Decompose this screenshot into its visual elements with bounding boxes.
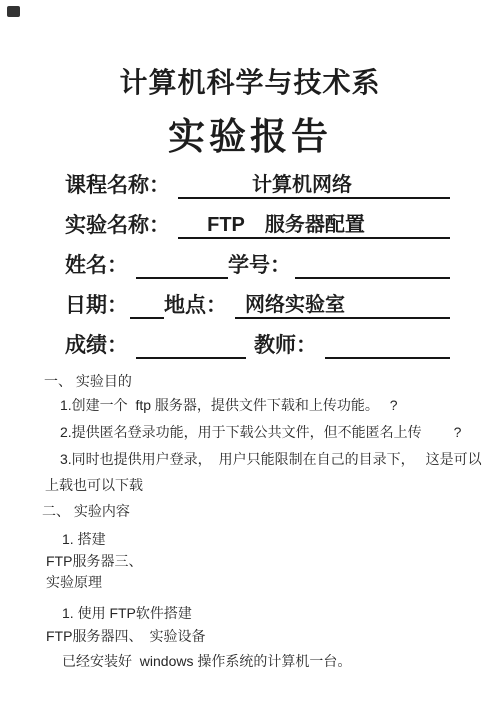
- body-line-purpose-3-cont: 上载也可以下载: [45, 477, 143, 494]
- section-heading-principle: 实验原理: [46, 574, 102, 591]
- section-heading-content: 二、 实验内容: [42, 503, 130, 520]
- teacher-label: 教师：: [254, 332, 317, 359]
- course-label: 课程名称：: [65, 172, 170, 199]
- experiment-value-cn: 服务器配置: [265, 214, 365, 236]
- course-field-line: 计算机网络: [178, 172, 450, 199]
- body-line-purpose-2: 2.提供匿名登录功能，用于下载公共文件，但不能匿名上传 ?: [60, 424, 461, 441]
- body-line-purpose-1: 1.创建一个 ftp 服务器，提供文件下载和上传功能。 ?: [60, 397, 398, 414]
- experiment-value: FTP服务器配置: [207, 212, 365, 238]
- name-field-line: [136, 252, 228, 279]
- score-label: 成绩：: [65, 332, 128, 359]
- score-field-line: [136, 332, 246, 359]
- body-line-content-1: 1. 搭建: [62, 531, 106, 548]
- experiment-label: 实验名称：: [65, 212, 170, 239]
- section-heading-purpose: 一、 实验目的: [44, 373, 132, 390]
- location-field-line: 网络实验室: [235, 292, 450, 319]
- body-line-purpose-3: 3.同时也提供用户登录， 用户只能限制在自己的目录下， 这是可以: [60, 451, 482, 468]
- department-title: 计算机科学与技术系: [0, 68, 500, 100]
- form-row-score-teacher: 成绩： 教师：: [65, 332, 450, 359]
- form-row-experiment: 实验名称： FTP服务器配置: [65, 212, 450, 239]
- date-label: 日期：: [65, 292, 128, 319]
- body-line-principle-1: 1. 使用 FTP软件搭建: [62, 605, 192, 622]
- student-id-field-line: [295, 252, 450, 279]
- body-line-equipment: 已经安装好 windows 操作系统的计算机一台。: [62, 653, 351, 670]
- location-label: 地点：: [164, 292, 227, 319]
- corner-mark: [7, 6, 20, 17]
- student-id-label: 学号：: [228, 252, 291, 279]
- location-value: 网络实验室: [245, 292, 345, 318]
- name-label: 姓名：: [65, 252, 128, 279]
- experiment-value-latin: FTP: [207, 214, 245, 236]
- body-line-principle-1-cont: FTP服务器四、 实验设备: [46, 628, 205, 645]
- date-field-line: [130, 292, 164, 319]
- experiment-field-line: FTP服务器配置: [178, 212, 450, 239]
- course-value: 计算机网络: [252, 172, 352, 198]
- form-row-course: 课程名称： 计算机网络: [65, 172, 450, 199]
- report-form: 课程名称： 计算机网络 实验名称： FTP服务器配置 姓名： 学号： 日期： 地…: [65, 172, 450, 372]
- form-row-name-id: 姓名： 学号：: [65, 252, 450, 279]
- form-row-date-location: 日期： 地点： 网络实验室: [65, 292, 450, 319]
- report-title: 实验报告: [0, 116, 500, 160]
- report-page: 计算机科学与技术系 实验报告 课程名称： 计算机网络 实验名称： FTP服务器配…: [0, 0, 500, 708]
- teacher-field-line: [325, 332, 450, 359]
- body-line-content-1-cont: FTP服务器三、: [46, 553, 142, 570]
